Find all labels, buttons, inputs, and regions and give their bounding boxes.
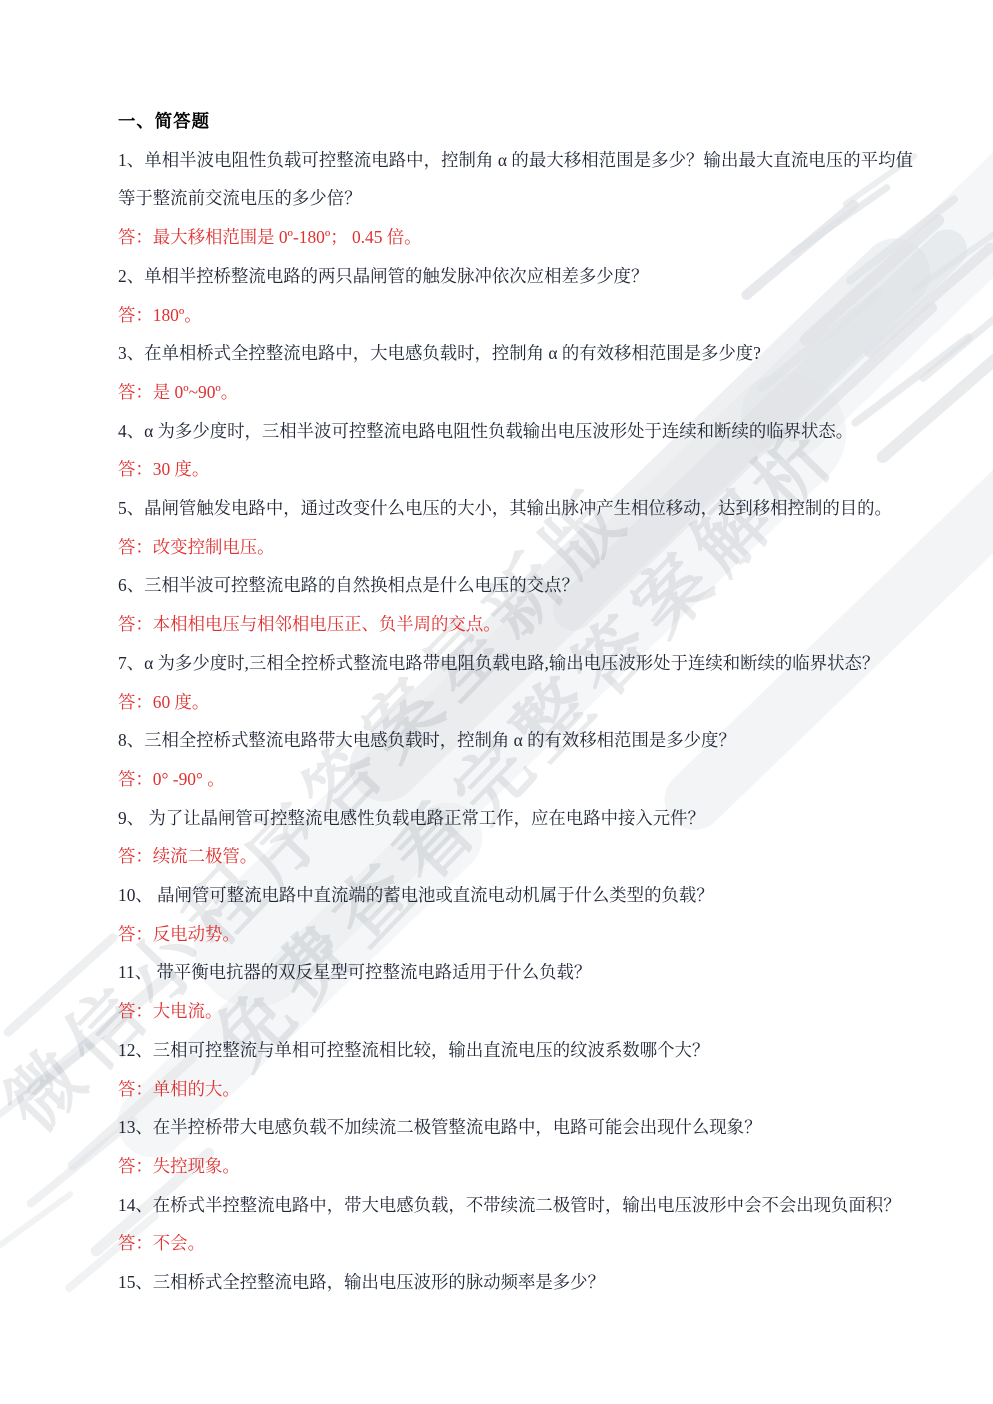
brush-streak [910,226,993,294]
question-line: 14、在桥式半控整流电路中，带大电感负载，不带续流二极管时，输出电压波形中会不会… [118,1186,913,1225]
answer-line: 答：60 度。 [118,683,913,722]
answer-line: 答：失控现象。 [118,1147,913,1186]
question-line: 5、晶闸管触发电路中，通过改变什么电压的大小，其输出脉冲产生相位移动，达到移相控… [118,489,913,528]
answer-line: 答：续流二极管。 [118,837,913,876]
question-line: 12、三相可控整流与单相可控整流相比较，输出直流电压的纹波系数哪个大？ [118,1031,913,1070]
question-line: 10、 晶闸管可整流电路中直流端的蓄电池或直流电动机属于什么类型的负载？ [118,876,913,915]
brush-streak [0,1190,74,1254]
section-title: 一、简答题 [118,102,913,141]
question-line: 7、α 为多少度时,三相全控桥式整流电路带电阻负载电路,输出电压波形处于连续和断… [118,644,913,683]
answer-line: 答：180º。 [118,296,913,335]
question-line: 1、单相半波电阻性负载可控整流电路中，控制角 α 的最大移相范围是多少？输出最大… [118,141,913,218]
question-line: 9、 为了让晶闸管可控整流电感性负载电路正常工作，应在电路中接入元件？ [118,799,913,838]
brush-streak [0,1040,96,1124]
answer-line: 答：不会。 [118,1224,913,1263]
question-line: 6、三相半波可控整流电路的自然换相点是什么电压的交点？ [118,566,913,605]
answer-line: 答：大电流。 [118,992,913,1031]
brush-streak [918,301,993,383]
answer-line: 答：本相相电压与相邻相电压正、负半周的交点。 [118,605,913,644]
question-line: 11、 带平衡电抗器的双反星型可控整流电路适用于什么负载？ [118,953,913,992]
answer-line: 答：0° -90° 。 [118,760,913,799]
answer-line: 答：反电动势。 [118,915,913,954]
question-line: 8、三相全控桥式整流电路带大电感负载时，控制角 α 的有效移相范围是多少度？ [118,721,913,760]
answer-line: 答：是 0º~90º。 [118,373,913,412]
question-line: 13、在半控桥带大电感负载不加续流二极管整流电路中，电路可能会出现什么现象？ [118,1108,913,1147]
answer-line: 答：单相的大。 [118,1070,913,1109]
question-line: 3、在单相桥式全控整流电路中，大电感负载时，控制角 α 的有效移相范围是多少度? [118,334,913,373]
document-body: 一、简答题 1、单相半波电阻性负载可控整流电路中，控制角 α 的最大移相范围是多… [118,102,913,1302]
question-line: 4、α 为多少度时，三相半波可控整流电路电阻性负载输出电压波形处于连续和断续的临… [118,412,913,451]
qa-list: 1、单相半波电阻性负载可控整流电路中，控制角 α 的最大移相范围是多少？输出最大… [118,141,913,1302]
brush-streak [1,931,118,1038]
answer-line: 答：30 度。 [118,450,913,489]
answer-line: 答：改变控制电压。 [118,528,913,567]
question-line: 15、三相桥式全控整流电路，输出电压波形的脉动频率是多少？ [118,1263,913,1302]
question-line: 2、单相半控桥整流电路的两只晶闸管的触发脉冲依次应相差多少度？ [118,257,913,296]
answer-line: 答：最大移相范围是 0º-180º； 0.45 倍。 [118,218,913,257]
